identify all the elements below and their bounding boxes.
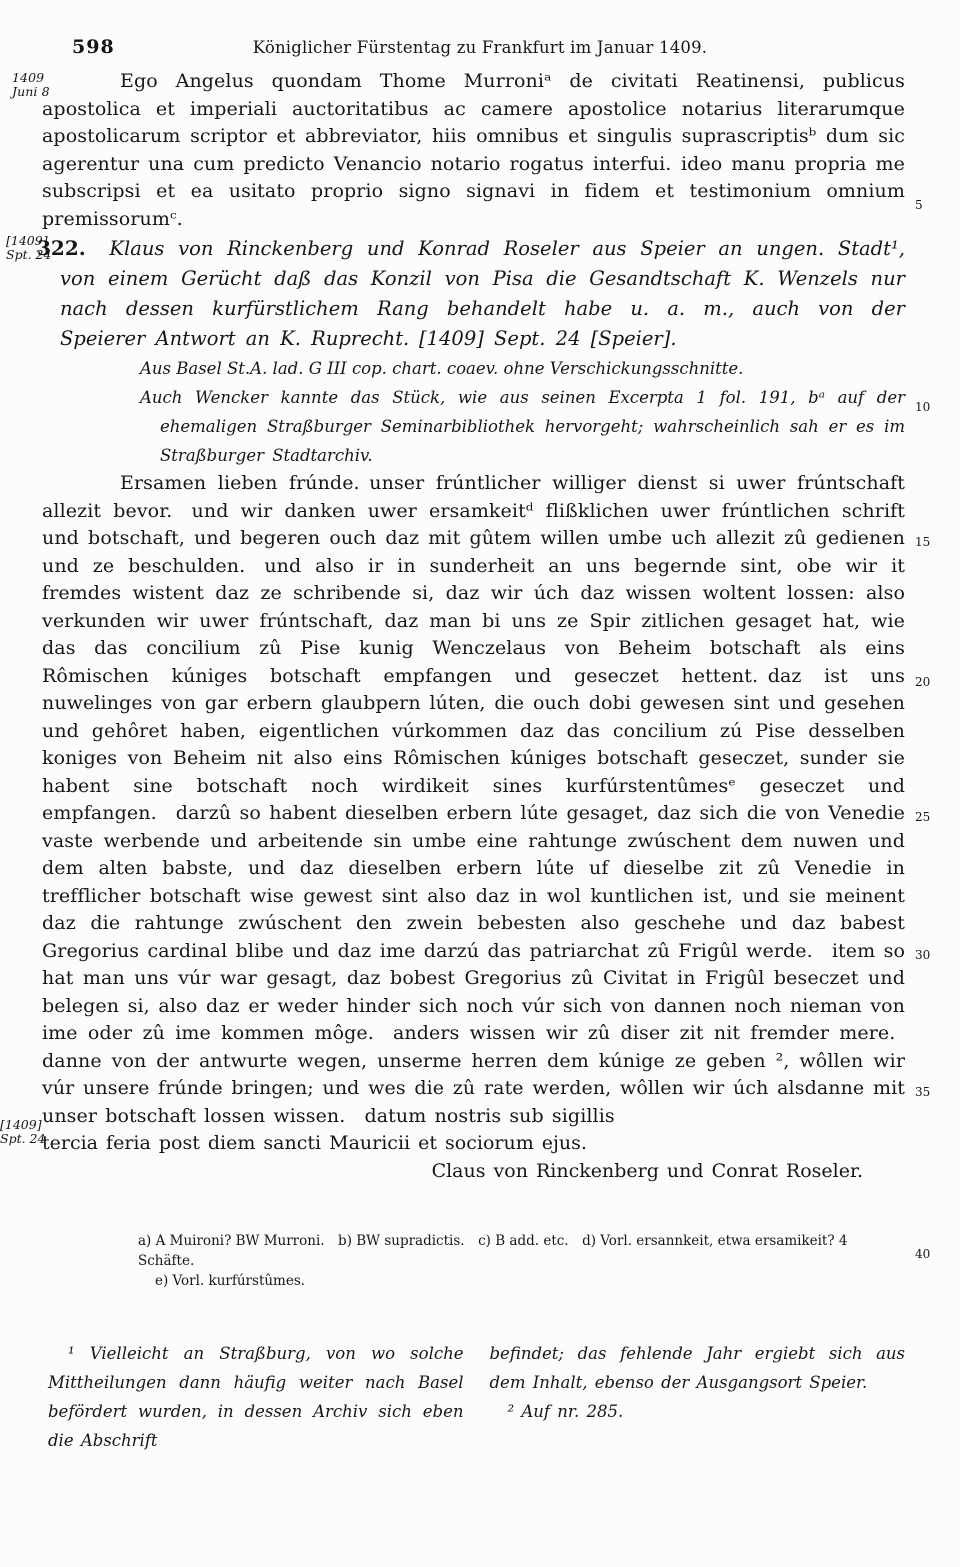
footnote-1-text: ¹ Vielleicht an Straßburg, von wo solche… (48, 1339, 464, 1455)
source-note-line: Aus Basel St.A. lad. G III cop. chart. c… (140, 354, 905, 383)
latin-notary-paragraph: 1409 Juni 8 Ego Angelus quondam Thome Mu… (42, 68, 905, 233)
line-number-25: 25 (915, 811, 930, 823)
running-title: Königlicher Fürstentag zu Frankfurt im J… (0, 38, 960, 57)
letter-signature: Claus von Rinckenberg und Conrat Roseler… (42, 1158, 905, 1186)
source-note-paragraph: Auch Wencker kannte das Stück, wie aus s… (140, 383, 905, 470)
entry-summary-text: Klaus von Rinckenberg und Konrad Roseler… (60, 237, 905, 350)
margin-date-juni-8: 1409 Juni 8 (12, 71, 50, 99)
page-header: 598 Königlicher Fürstentag zu Frankfurt … (0, 0, 960, 68)
critical-apparatus: a) A Muironi? BW Murroni. b) BW supradic… (138, 1231, 905, 1291)
dateline-text: tercia feria post diem sancti Mauricii e… (42, 1132, 587, 1154)
footnote-left-column: ¹ Vielleicht an Straßburg, von wo solche… (48, 1339, 464, 1455)
line-number-30: 30 (915, 949, 930, 961)
line-number-10: 10 (915, 401, 930, 413)
line-number-20: 20 (915, 676, 930, 688)
footnote-2-text: ² Auf nr. 285. (490, 1397, 906, 1426)
page-number: 598 (72, 36, 115, 58)
apparatus-line-1: a) A Muironi? BW Murroni. b) BW supradic… (138, 1231, 905, 1271)
line-number-40: 40 (915, 1248, 930, 1260)
letter-body: Ersamen lieben frúnde. unser frúntlicher… (42, 470, 905, 1130)
margin-date-spt-24-bottom: [1409] Spt. 24 (0, 1118, 45, 1146)
entry-322-regest: [1409] Spt. 24 322. Klaus von Rinckenber… (42, 233, 905, 354)
footnote-1-continued: befindet; das fehlende Jahr ergiebt sich… (490, 1339, 906, 1397)
letter-dateline: [1409] Spt. 24 tercia feria post diem sa… (42, 1130, 905, 1158)
margin-date-spt-24: [1409] Spt. 24 (6, 234, 51, 262)
footnote-columns: ¹ Vielleicht an Straßburg, von wo solche… (48, 1339, 905, 1455)
text-block: 1409 Juni 8 Ego Angelus quondam Thome Mu… (42, 68, 905, 1455)
footnote-right-column: befindet; das fehlende Jahr ergiebt sich… (490, 1339, 906, 1455)
line-number-15: 15 (915, 536, 930, 548)
source-note-block: Aus Basel St.A. lad. G III cop. chart. c… (140, 354, 905, 470)
book-page: 598 Königlicher Fürstentag zu Frankfurt … (0, 0, 960, 1567)
latin-paragraph-text: Ego Angelus quondam Thome Murroniᵃ de ci… (42, 70, 905, 230)
apparatus-line-2: e) Vorl. kurfúrstûmes. (155, 1271, 905, 1291)
line-number-35: 35 (915, 1086, 930, 1098)
line-number-5: 5 (915, 199, 923, 211)
